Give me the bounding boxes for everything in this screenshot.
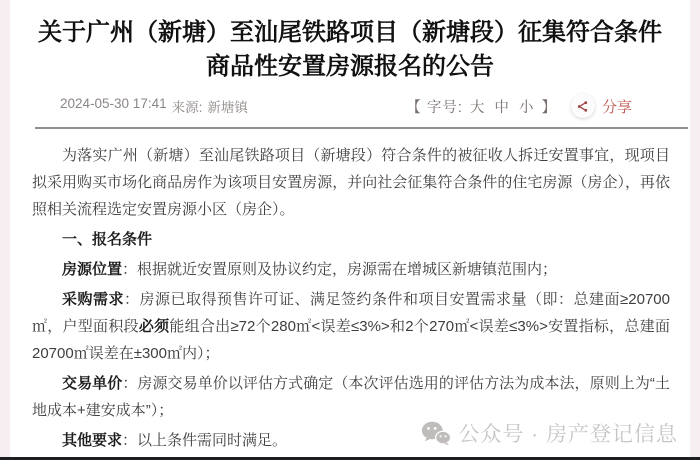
page-title: 关于广州（新塘）至汕尾铁路项目（新塘段）征集符合条件 商品性安置房源报名的公告 — [28, 16, 672, 84]
fontsize-bracket-right: 】 — [541, 100, 557, 116]
meta-actions: 【 字号: 大 中 小 】 分享 — [406, 94, 632, 118]
item-label: 采购需求 — [62, 291, 124, 308]
item-label: 房源位置 — [62, 261, 122, 278]
item-label: 其他要求 — [62, 432, 122, 449]
item-text-emphasis: 必须 — [139, 318, 170, 335]
section-heading: 一、报名条件 — [32, 226, 670, 253]
fontsize-option-large[interactable]: 大 — [470, 100, 486, 116]
page-background: { "page": { "title_lines": [ "关于广州（新塘）至汕… — [0, 0, 700, 460]
source-value: 新塘镇 — [207, 96, 248, 116]
fontsize-bracket-left: 【 — [406, 100, 422, 116]
fontsize-option-small[interactable]: 小 — [519, 100, 535, 116]
fontsize-control: 【 字号: 大 中 小 】 — [406, 96, 557, 117]
item-text: 以上条件需同时满足。 — [137, 432, 287, 449]
item-transaction-price: 交易单价：房源交易单价以评估方式确定（本次评估选用的评估方法为成本法，原则上为“… — [32, 370, 670, 424]
item-text: 根据就近安置原则及协议约定，房源需在增城区新塘镇范围内； — [137, 261, 557, 278]
page-title-line2: 商品性安置房源报名的公告 — [28, 50, 672, 84]
intro-paragraph: 为落实广州（新塘）至汕尾铁路项目（新塘段）符合条件的被征收人拆迁安置事宜，现项目… — [32, 142, 670, 223]
item-housing-location: 房源位置：根据就近安置原则及协议约定，房源需在增城区新塘镇范围内； — [32, 256, 670, 283]
publish-datetime: 2024-05-30 17:41 — [60, 96, 167, 116]
fontsize-option-medium[interactable]: 中 — [494, 100, 510, 116]
item-colon: ： — [122, 261, 137, 278]
item-purchase-demand: 采购需求：房源已取得预售许可证、满足签约条件和项目安置需求量（即：总建面≥207… — [32, 286, 670, 367]
source-label: 来源: — [172, 96, 203, 116]
fontsize-label: 字号: — [427, 100, 463, 116]
meta-row: 2024-05-30 17:41 来源: 新塘镇 【 字号: 大 中 小 】 — [60, 94, 632, 118]
meta-info: 2024-05-30 17:41 来源: 新塘镇 — [60, 96, 248, 116]
item-colon: ： — [122, 432, 137, 449]
page-title-line1: 关于广州（新塘）至汕尾铁路项目（新塘段）征集符合条件 — [28, 16, 672, 50]
item-colon: ： — [124, 291, 140, 308]
item-label: 交易单价 — [62, 375, 122, 392]
item-colon: ： — [122, 375, 137, 392]
share-icon[interactable] — [571, 94, 595, 118]
share-button[interactable]: 分享 — [602, 96, 632, 117]
article-card: 关于广州（新塘）至汕尾铁路项目（新塘段）征集符合条件 商品性安置房源报名的公告 … — [10, 0, 690, 460]
item-other-requirements: 其他要求：以上条件需同时满足。 — [32, 427, 670, 454]
article-body: 为落实广州（新塘）至汕尾铁路项目（新塘段）符合条件的被征收人拆迁安置事宜，现项目… — [10, 129, 690, 454]
